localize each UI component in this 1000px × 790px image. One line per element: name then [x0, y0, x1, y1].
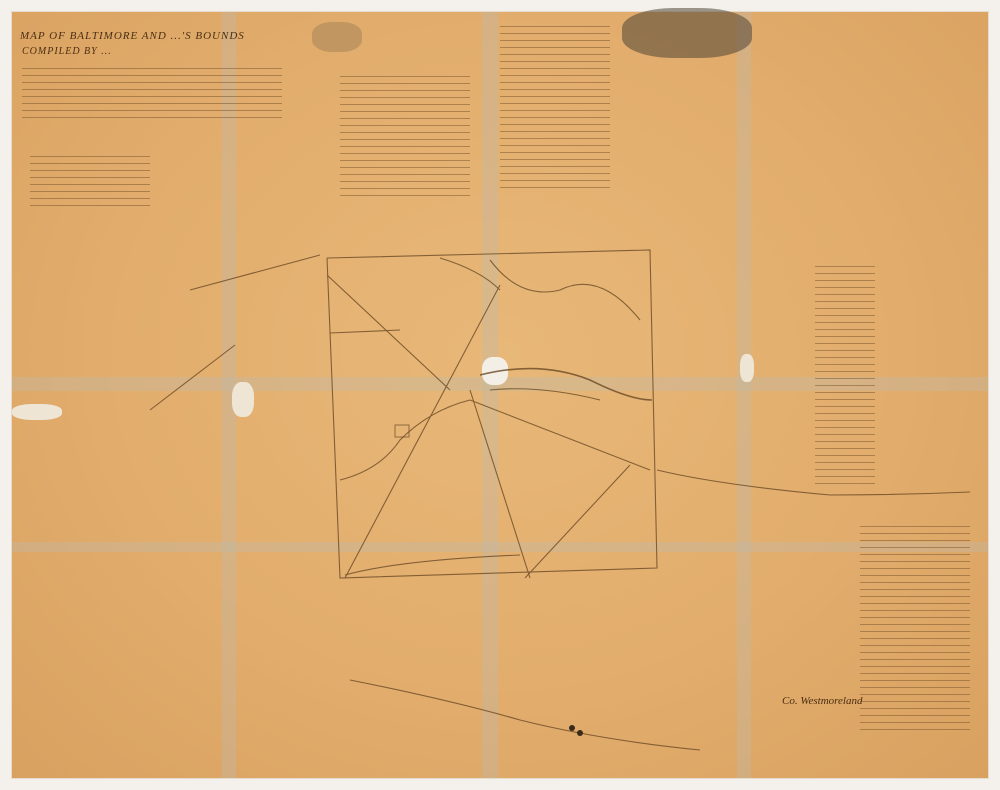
map-drawing: [0, 0, 1000, 790]
region-label: Co. Westmoreland: [782, 695, 862, 707]
ink-spot: [569, 725, 575, 731]
ink-spot: [577, 730, 583, 736]
town-block: [395, 425, 409, 437]
